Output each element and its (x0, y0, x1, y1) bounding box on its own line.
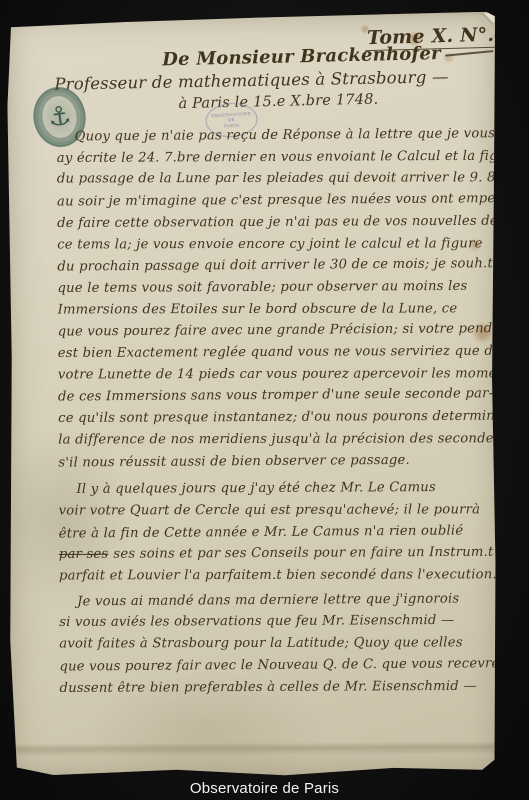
manuscript-line: voir votre Quart de Cercle qui est presq… (59, 499, 495, 522)
manuscript-line: Quoy que je n'aie pas reçu de Réponse à … (57, 123, 493, 148)
heading-sender: De Monsieur Brackenhofer (162, 42, 493, 70)
manuscript-line: que vous pourez faire avec une grande Pr… (58, 319, 494, 344)
manuscript-line: au soir je m'imagine que c'est presque l… (57, 188, 493, 213)
photo-background: Tome X. N°.44. De Monsieur Brackenhofer … (0, 0, 529, 800)
manuscript-line: s'il nous réussit aussi de bien observer… (58, 449, 494, 474)
manuscript-line: dussent être bien preferables à celles d… (59, 675, 495, 699)
manuscript-line: que vous pourez fair avec le Nouveau Q. … (59, 653, 495, 678)
manuscript-line: de faire cette observation que je n'ai p… (57, 211, 493, 235)
manuscript-line: Immersions des Etoiles sur le bord obscu… (58, 298, 494, 321)
source-caption: Observatoire de Paris (0, 780, 529, 797)
manuscript-line: ay écrite le 24. 7.bre dernier en vous e… (57, 145, 493, 169)
manuscript-line: parfait et Louvier l'a parfaitem.t bien … (59, 564, 495, 587)
manuscript-line: si vous aviés les observations que feu M… (59, 610, 495, 634)
manuscript-line: la difference de nos meridiens jusqu'à l… (58, 428, 494, 451)
manuscript-line: avoit faites à Strasbourg pour la Latitu… (59, 632, 495, 655)
manuscript-line: Il y à quelques jours que j'ay été chez … (58, 477, 494, 501)
heading-title: Professeur de mathematiques à Strasbourg… (54, 67, 449, 94)
heading-dateline: à Paris le 15.e X.bre 1748. (178, 92, 378, 113)
manuscript-line: est bien Exactement reglée quand vous ne… (58, 341, 494, 365)
manuscript-line: que le tems vous soit favorable; pour ob… (57, 276, 493, 300)
manuscript-line-text: ses soins et par ses Conseils pour en fa… (113, 545, 493, 562)
manuscript-line: par sesses soins et par ses Conseils pou… (59, 542, 495, 566)
manuscript-line: être à la fin de Cette année e Mr. Le Ca… (59, 520, 495, 545)
letter-body: Quoy que je n'aie pas reçu de Réponse à … (57, 124, 496, 700)
struck-word: par ses (59, 547, 109, 562)
manuscript-line: ce tems la; je vous envoie encore cy joi… (57, 233, 493, 256)
manuscript-line: Je vous ai mandé dans ma derniere lettre… (59, 588, 495, 613)
manuscript-line: du prochain passage qui doit arriver le … (57, 253, 493, 278)
manuscript-page: Tome X. N°.44. De Monsieur Brackenhofer … (5, 12, 502, 779)
manuscript-line: votre Lunette de 14 pieds car vous poure… (58, 363, 494, 386)
manuscript-line: de ces Immersions sans vous tromper d'un… (58, 384, 494, 409)
manuscript-line: du passage de la Lune par les pleiades q… (57, 168, 493, 191)
manuscript-line: ce qu'ils sont presque instantanez; d'ou… (58, 406, 494, 430)
